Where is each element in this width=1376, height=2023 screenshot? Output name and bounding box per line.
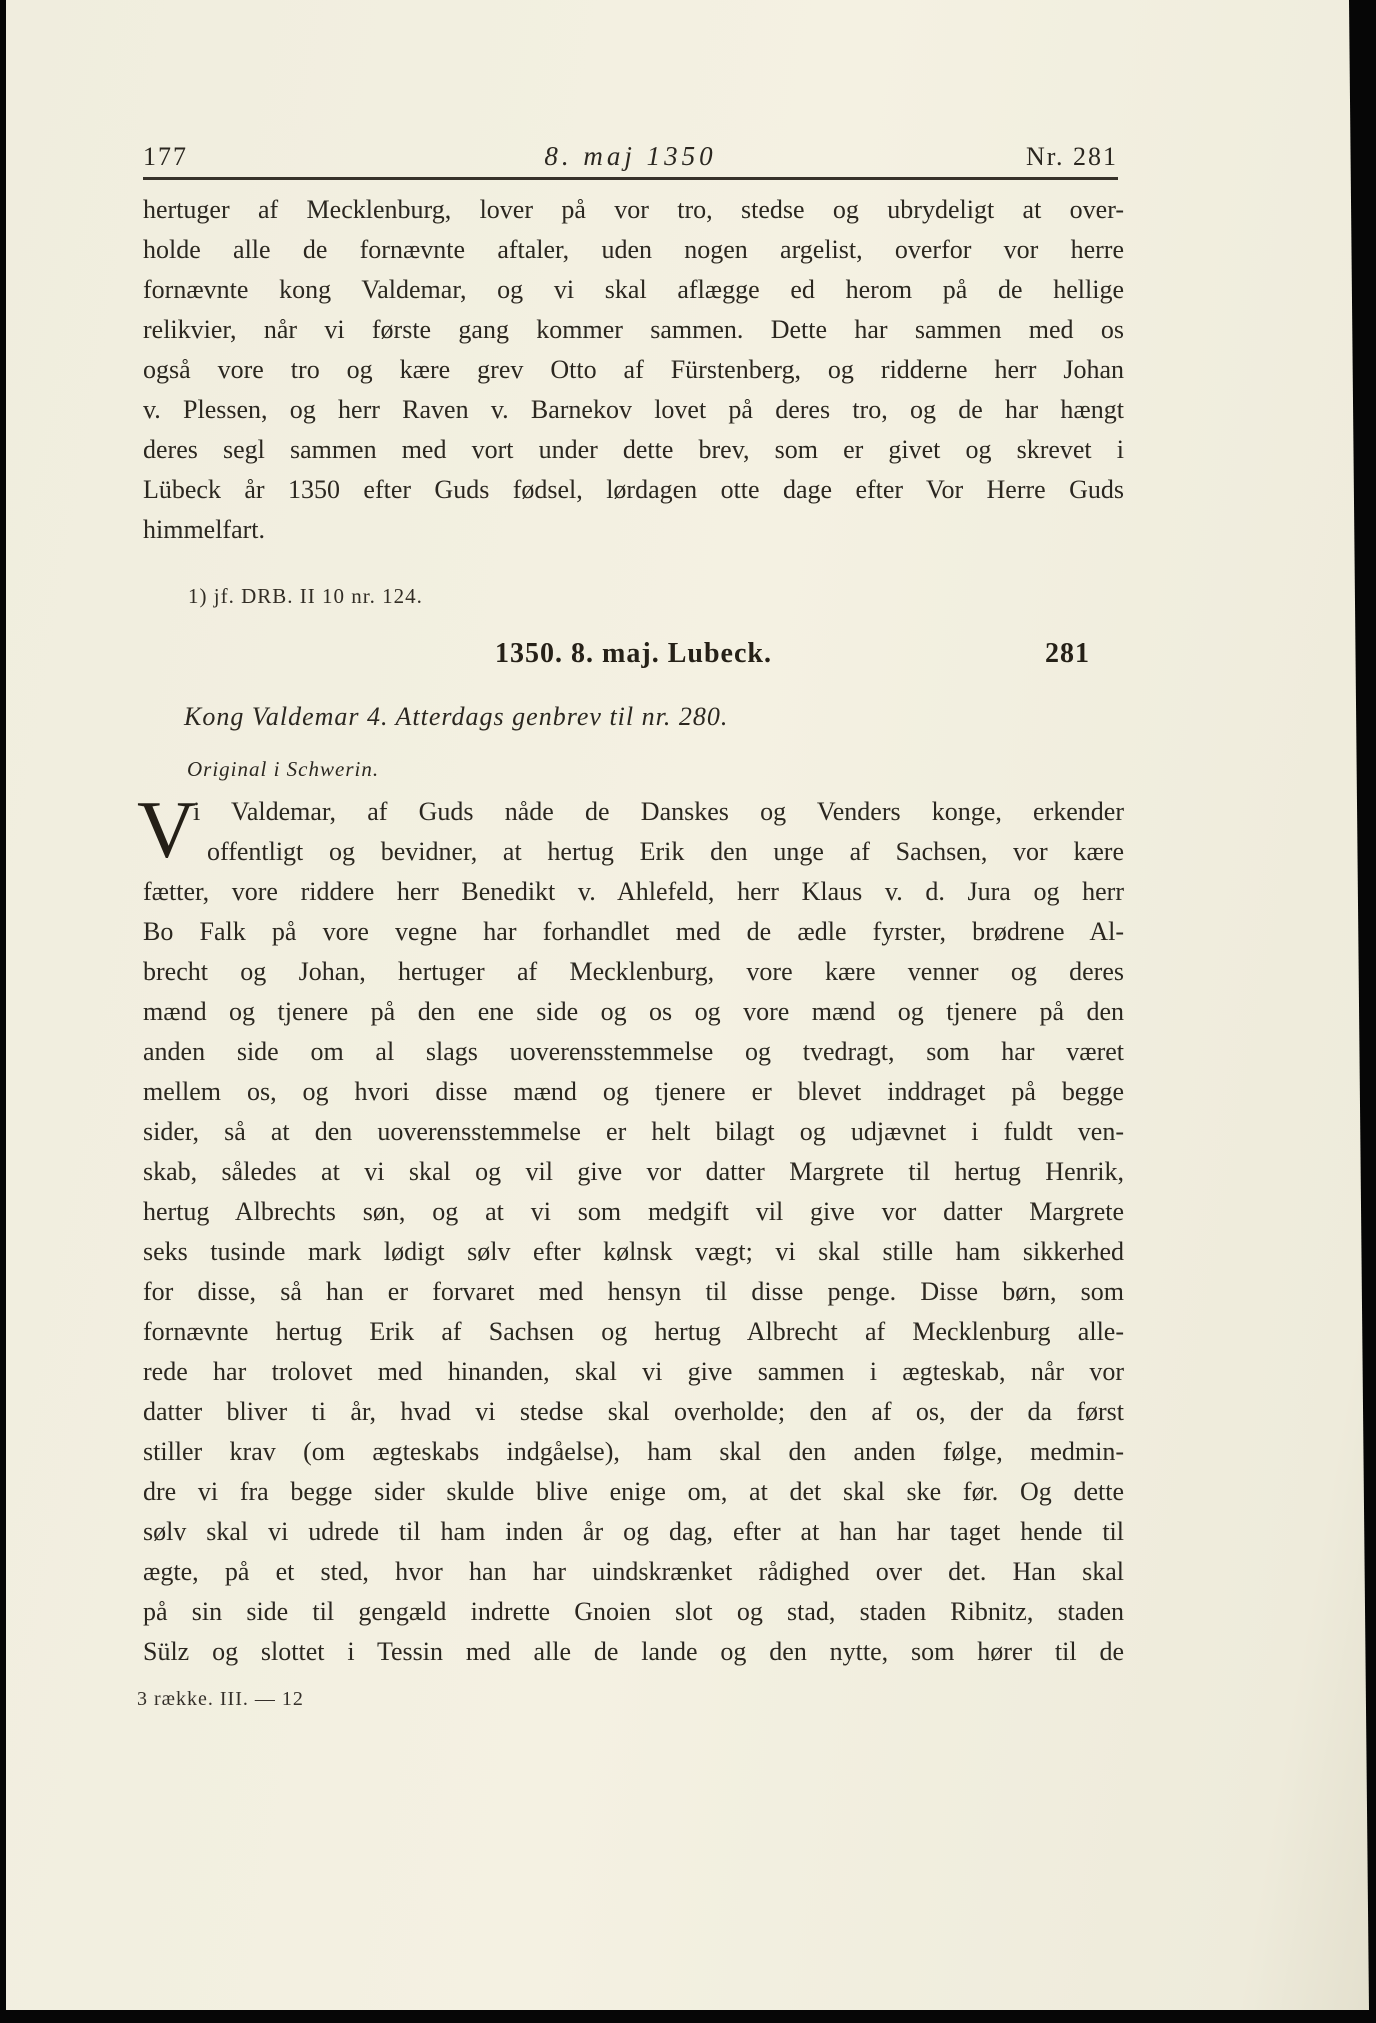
text-line: mænd og tjenere på den ene side og os og… bbox=[143, 992, 1124, 1032]
text-line: datter bliver ti år, hvad vi stedse skal… bbox=[143, 1392, 1124, 1432]
text-line: skab, således at vi skal og vil give vor… bbox=[143, 1152, 1124, 1192]
text-line: for disse, så han er forvaret med hensyn… bbox=[143, 1272, 1124, 1312]
text-line: hertuger af Mecklenburg, lover på vor tr… bbox=[143, 190, 1124, 230]
footnote: 1) jf. DRB. II 10 nr. 124. bbox=[188, 584, 423, 609]
text-line: i Valdemar, af Guds nåde de Danskes og V… bbox=[143, 792, 1124, 832]
text-line: dre vi fra begge sider skulde blive enig… bbox=[143, 1472, 1124, 1512]
text-line: relikvier, når vi første gang kommer sam… bbox=[143, 310, 1124, 350]
text-line: rede har trolovet med hinanden, skal vi … bbox=[143, 1352, 1124, 1392]
entry-heading: 1350. 8. maj. Lubeck. 281 bbox=[143, 638, 1124, 670]
text-line: offentligt og bevidner, at hertug Erik d… bbox=[143, 832, 1124, 872]
entry-margin-number: 281 bbox=[1045, 638, 1090, 670]
paragraph-lines: fætter, vore riddere herr Benedikt v. Ah… bbox=[143, 872, 1124, 1672]
text-line: Lübeck år 1350 efter Guds fødsel, lørdag… bbox=[143, 470, 1124, 510]
drop-cap: V bbox=[137, 795, 196, 865]
text-line: Sülz og slottet i Tessin med alle de lan… bbox=[143, 1632, 1124, 1672]
book-page-scan: 177 8. maj 1350 Nr. 281 hertuger af Meck… bbox=[6, 0, 1376, 2010]
source-note: Original i Schwerin. bbox=[187, 757, 379, 782]
text-line: mellem os, og hvori disse mænd og tjener… bbox=[143, 1072, 1124, 1112]
text-line: anden side om al slags uoverensstemmelse… bbox=[143, 1032, 1124, 1072]
text-line: brecht og Johan, hertuger af Mecklenburg… bbox=[143, 952, 1124, 992]
text-line: ægte, på et sted, hvor han har uindskræn… bbox=[143, 1552, 1124, 1592]
running-head-entry-number: Nr. 281 bbox=[1026, 142, 1118, 172]
paragraph-last-line: himmelfart. bbox=[143, 510, 1124, 550]
paragraph-last-line-wrap: himmelfart. bbox=[143, 510, 1124, 550]
regest-line: Kong Valdemar 4. Atterdags genbrev til n… bbox=[184, 702, 728, 732]
text-line: stiller krav (om ægteskabs indgåelse), h… bbox=[143, 1432, 1124, 1472]
text-line: fætter, vore riddere herr Benedikt v. Ah… bbox=[143, 872, 1124, 912]
text-line: på sin side til gengæld indrette Gnoien … bbox=[143, 1592, 1124, 1632]
footer-signature: 3 række. III. — 12 bbox=[137, 1688, 304, 1711]
entry-280-continuation-paragraph: hertuger af Mecklenburg, lover på vor tr… bbox=[143, 190, 1124, 510]
text-line: holde alle de fornævnte aftaler, uden no… bbox=[143, 230, 1124, 270]
running-head-date: 8. maj 1350 bbox=[143, 141, 1118, 172]
text-line: v. Plessen, og herr Raven v. Barnekov lo… bbox=[143, 390, 1124, 430]
running-head: 177 8. maj 1350 Nr. 281 bbox=[143, 134, 1118, 174]
text-line: fornævnte hertug Erik af Sachsen og hert… bbox=[143, 1312, 1124, 1352]
text-line: hertug Albrechts søn, og at vi som medgi… bbox=[143, 1192, 1124, 1232]
entry-heading-title: 1350. 8. maj. Lubeck. bbox=[143, 638, 1124, 670]
text-line: også vore tro og kære grev Otto af Fürst… bbox=[143, 350, 1124, 390]
paragraph-opening: V i Valdemar, af Guds nåde de Danskes og… bbox=[143, 792, 1124, 872]
entry-281-paragraph: V i Valdemar, af Guds nåde de Danskes og… bbox=[143, 792, 1124, 1672]
text-line: Bo Falk på vore vegne har forhandlet med… bbox=[143, 912, 1124, 952]
text-line: fornævnte kong Valdemar, og vi skal aflæ… bbox=[143, 270, 1124, 310]
text-line: seks tusinde mark lødigt sølv efter køln… bbox=[143, 1232, 1124, 1272]
text-line: sider, så at den uoverensstemmelse er he… bbox=[143, 1112, 1124, 1152]
header-rule bbox=[143, 177, 1118, 180]
text-line: deres segl sammen med vort under dette b… bbox=[143, 430, 1124, 470]
text-line: sølv skal vi udrede til ham inden år og … bbox=[143, 1512, 1124, 1552]
